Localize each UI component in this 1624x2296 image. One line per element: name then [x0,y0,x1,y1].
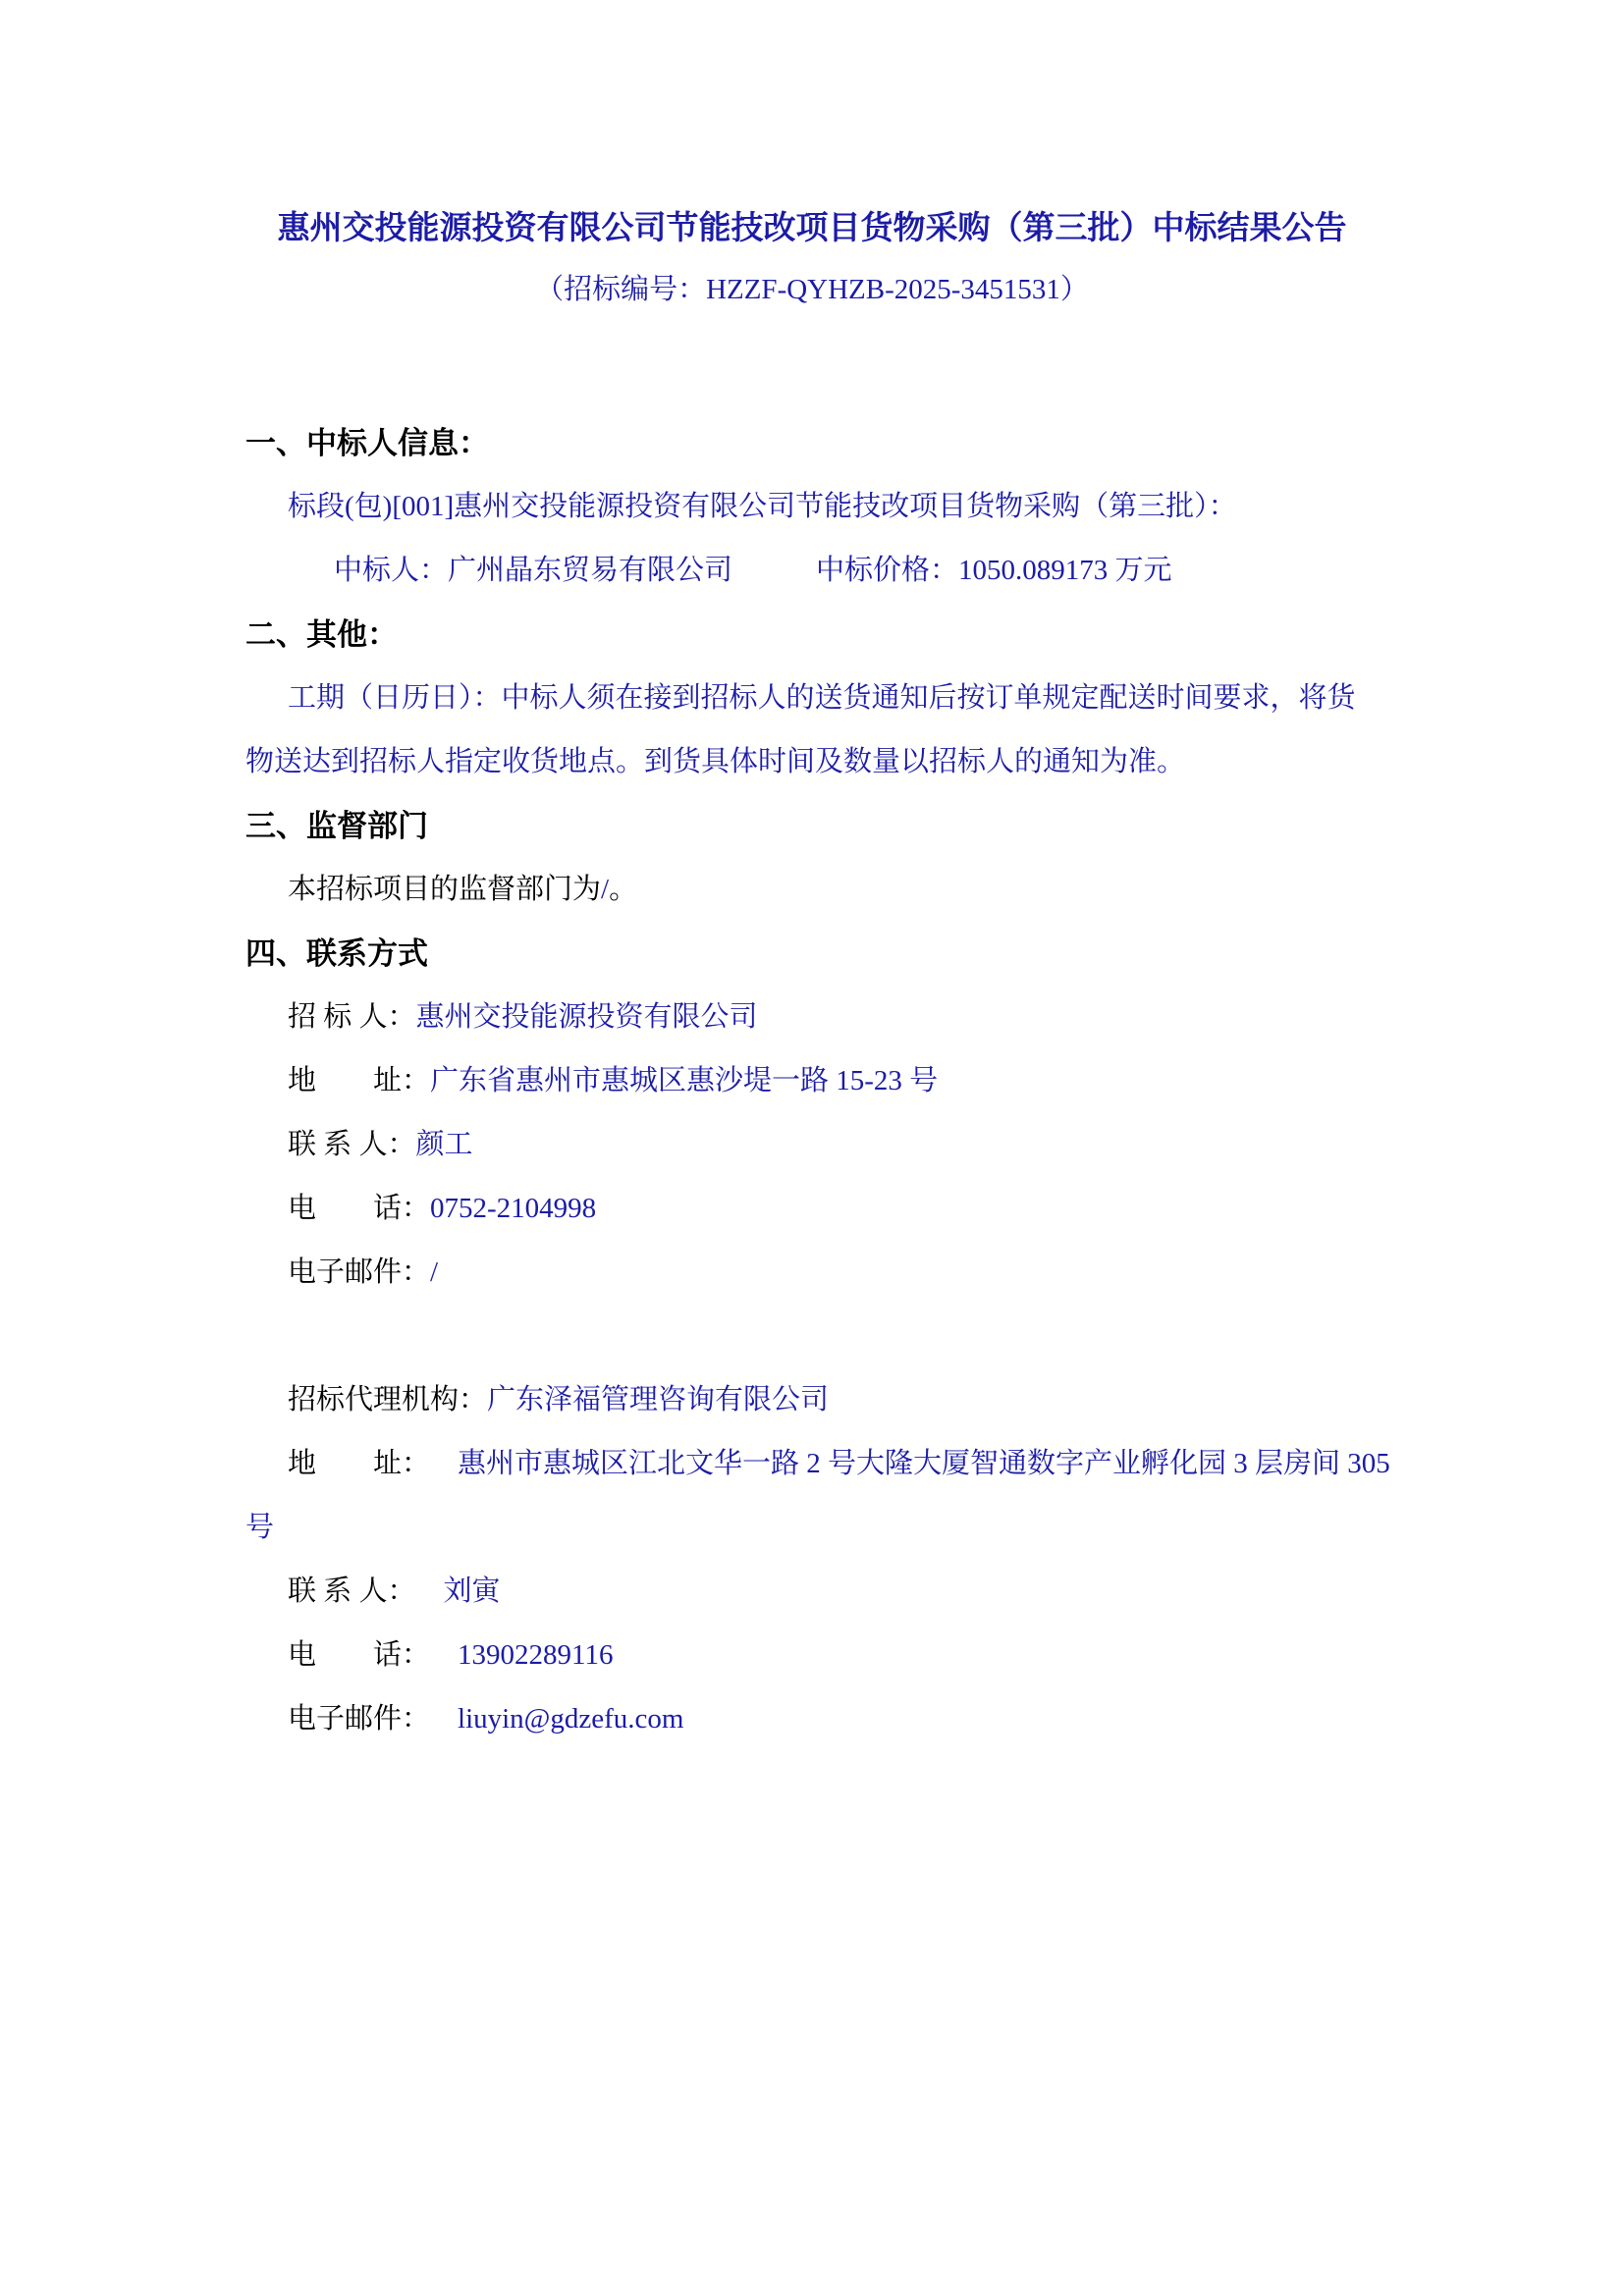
tenderer-phone-label: 电 话： [288,1193,430,1224]
agency-email-value: liuyin@gdzefu.com [458,1703,683,1735]
supervision-line: 本招标项目的监督部门为/。 [245,858,1379,922]
tenderer-contact-label: 联 系 人： [288,1129,416,1160]
agency-name-value: 广东泽福管理咨询有限公司 [487,1384,829,1415]
agency-phone-label: 电 话： [288,1639,430,1671]
section-3-heading: 三、监督部门 [245,794,1379,858]
tenderer-contact-line: 联 系 人：颜工 [245,1113,1379,1177]
agency-phone-line: 电 话：13902289116 [245,1624,1379,1687]
agency-address-line-1: 地 址：惠州市惠城区江北文华一路 2 号大隆大厦智通数字产业孵化园 3 层房间 … [245,1432,1379,1496]
tender-number-subtitle: （招标编号：HZZF-QYHZB-2025-3451531） [245,266,1379,313]
agency-address-label: 地 址： [288,1448,430,1479]
tenderer-email-value: / [430,1256,438,1288]
tenderer-phone-line: 电 话：0752-2104998 [245,1177,1379,1241]
tenderer-contact-value: 颜工 [416,1129,473,1160]
section-1-heading: 一、中标人信息： [245,411,1379,475]
document-page: 惠州交投能源投资有限公司节能技改项目货物采购（第三批）中标结果公告 （招标编号：… [0,0,1624,2296]
tenderer-email-label: 电子邮件： [288,1256,430,1288]
agency-name-label: 招标代理机构： [288,1384,487,1415]
document-body: 一、中标人信息： 标段(包)[001]惠州交投能源投资有限公司节能技改项目货物采… [245,411,1379,1751]
agency-address-line-2: 号 [245,1496,1379,1560]
winner-line: 中标人：广州晶东贸易有限公司中标价格：1050.089173 万元 [245,539,1379,603]
agency-contact-label: 联 系 人： [288,1575,416,1607]
delivery-terms-line-1: 工期（日历日）：中标人须在接到招标人的送货通知后按订单规定配送时间要求，将货 [245,667,1379,730]
supervision-value: / [601,874,609,905]
tenderer-phone-value: 0752-2104998 [430,1193,596,1224]
price-label: 中标价格： [816,555,958,586]
agency-name-line: 招标代理机构：广东泽福管理咨询有限公司 [245,1368,1379,1432]
tenderer-name-value: 惠州交投能源投资有限公司 [416,1001,758,1033]
agency-email-line: 电子邮件：liuyin@gdzefu.com [245,1687,1379,1751]
agency-contact-value: 刘寅 [444,1575,501,1607]
agency-contact-line: 联 系 人：刘寅 [245,1560,1379,1624]
price-value: 1050.089173 万元 [958,555,1172,586]
tenderer-name-label: 招 标 人： [288,1001,416,1033]
supervision-text-prefix: 本招标项目的监督部门为 [288,874,601,905]
page-title: 惠州交投能源投资有限公司节能技改项目货物采购（第三批）中标结果公告 [245,205,1379,252]
tenderer-address-line: 地 址：广东省惠州市惠城区惠沙堤一路 15-23 号 [245,1049,1379,1113]
winner-value: 广州晶东贸易有限公司 [448,555,732,586]
agency-address-value-line-1: 惠州市惠城区江北文华一路 2 号大隆大厦智通数字产业孵化园 3 层房间 305 [458,1448,1390,1479]
lot-line: 标段(包)[001]惠州交投能源投资有限公司节能技改项目货物采购（第三批）： [245,475,1379,539]
supervision-text-suffix: 。 [609,874,637,905]
tenderer-address-label: 地 址： [288,1065,430,1096]
tenderer-email-line: 电子邮件：/ [245,1241,1379,1305]
document-content: 惠州交投能源投资有限公司节能技改项目货物采购（第三批）中标结果公告 （招标编号：… [245,0,1379,1751]
agency-email-label: 电子邮件： [288,1703,430,1735]
agency-phone-value: 13902289116 [458,1639,613,1671]
winner-label: 中标人： [334,555,448,586]
section-4-heading: 四、联系方式 [245,922,1379,986]
agency-address-value-line-2: 号 [245,1512,274,1543]
delivery-terms-line-2: 物送达到招标人指定收货地点。到货具体时间及数量以招标人的通知为准。 [245,730,1379,794]
section-2-heading: 二、其他： [245,603,1379,667]
spacer-line [245,1305,1379,1368]
tenderer-name-line: 招 标 人：惠州交投能源投资有限公司 [245,986,1379,1049]
tenderer-address-value: 广东省惠州市惠城区惠沙堤一路 15-23 号 [430,1065,938,1096]
